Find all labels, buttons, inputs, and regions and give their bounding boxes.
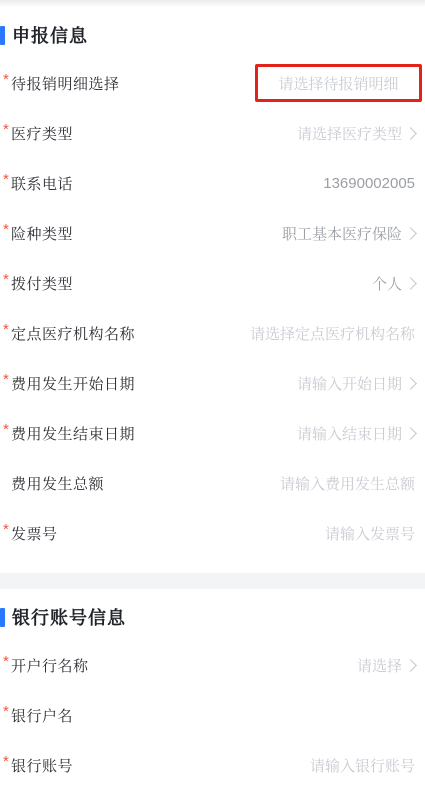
required-asterisk: *: [3, 422, 9, 437]
highlighted-select-box[interactable]: 请选择待报销明细: [255, 64, 422, 102]
form-row-bank-account-name[interactable]: * 银行户名: [0, 690, 425, 740]
placeholder-text: 请选择: [357, 655, 402, 676]
form-row-invoice-number[interactable]: * 发票号 请输入发票号: [0, 508, 425, 558]
field-label: 待报销明细选择: [11, 73, 120, 94]
field-value: 职工基本医疗保险: [282, 223, 415, 244]
required-asterisk: *: [3, 172, 9, 187]
field-label: 银行账号: [11, 755, 73, 776]
field-label: 费用发生结束日期: [11, 423, 135, 444]
form-row-bank-name[interactable]: * 开户行名称 请选择: [0, 640, 425, 690]
chevron-right-icon: [404, 227, 417, 240]
field-label: 费用发生开始日期: [11, 373, 135, 394]
top-header-shadow: [0, 0, 425, 7]
field-placeholder: 请输入银行账号: [310, 755, 415, 776]
field-label: 医疗类型: [11, 123, 73, 144]
field-label: 定点医疗机构名称: [11, 323, 135, 344]
placeholder-text: 请输入开始日期: [297, 373, 402, 394]
bank-account-info-card: 银行账号信息 * 开户行名称 请选择 * 银行户名 * 银行账号 请输入银行账号: [0, 589, 425, 790]
section-divider-band: [0, 573, 425, 589]
section-header-bank: 银行账号信息: [0, 589, 425, 640]
form-row-reimburse-detail[interactable]: * 待报销明细选择 请选择待报销明细: [0, 58, 425, 108]
section-title: 银行账号信息: [12, 604, 126, 630]
placeholder-text: 请选择医疗类型: [297, 123, 402, 144]
form-row-medical-type[interactable]: * 医疗类型 请选择医疗类型: [0, 108, 425, 158]
form-row-expense-total[interactable]: 费用发生总额 请输入费用发生总额: [0, 458, 425, 508]
field-placeholder: 请选择待报销明细: [278, 73, 398, 94]
section-accent-bar: [0, 26, 5, 45]
form-row-expense-start-date[interactable]: * 费用发生开始日期 请输入开始日期: [0, 358, 425, 408]
declaration-info-card: 申报信息 * 待报销明细选择 请选择待报销明细 * 医疗类型 请选择医疗类型 *…: [0, 7, 425, 573]
required-asterisk: *: [3, 372, 9, 387]
form-row-medical-institution[interactable]: * 定点医疗机构名称 请选择定点医疗机构名称: [0, 308, 425, 358]
value-text: 个人: [372, 273, 402, 294]
field-placeholder: 请选择定点医疗机构名称: [250, 323, 415, 344]
required-asterisk: *: [3, 754, 9, 769]
mobile-form-screen: 申报信息 * 待报销明细选择 请选择待报销明细 * 医疗类型 请选择医疗类型 *…: [0, 0, 425, 794]
field-label: 开户行名称: [11, 655, 89, 676]
field-value: 个人: [372, 273, 415, 294]
section-header-declaration: 申报信息: [0, 7, 425, 58]
field-placeholder: 请输入结束日期: [297, 423, 415, 444]
required-asterisk: *: [3, 654, 9, 669]
field-value: 13690002005: [323, 175, 415, 192]
chevron-right-icon: [404, 277, 417, 290]
field-placeholder: 请输入发票号: [325, 523, 415, 544]
form-row-expense-end-date[interactable]: * 费用发生结束日期 请输入结束日期: [0, 408, 425, 458]
required-asterisk: *: [3, 522, 9, 537]
section-accent-bar: [0, 608, 5, 627]
field-label: 联系电话: [11, 173, 73, 194]
card-bottom-padding: [0, 558, 425, 573]
required-asterisk: *: [3, 122, 9, 137]
required-asterisk: *: [3, 72, 9, 87]
field-placeholder: 请选择: [357, 655, 415, 676]
field-placeholder: 请输入开始日期: [297, 373, 415, 394]
chevron-right-icon: [404, 659, 417, 672]
section-title: 申报信息: [12, 22, 88, 48]
placeholder-text: 请输入结束日期: [297, 423, 402, 444]
value-text: 职工基本医疗保险: [282, 223, 402, 244]
chevron-right-icon: [404, 127, 417, 140]
required-asterisk: *: [3, 272, 9, 287]
chevron-right-icon: [404, 427, 417, 440]
field-label: 发票号: [11, 523, 58, 544]
field-label: 险种类型: [11, 223, 73, 244]
form-row-bank-account-number[interactable]: * 银行账号 请输入银行账号: [0, 740, 425, 790]
field-placeholder: 请输入费用发生总额: [280, 473, 415, 494]
field-label: 费用发生总额: [11, 473, 104, 494]
required-asterisk: *: [3, 704, 9, 719]
required-asterisk: *: [3, 222, 9, 237]
field-label: 银行户名: [11, 705, 73, 726]
form-row-contact-phone[interactable]: * 联系电话 13690002005: [0, 158, 425, 208]
required-asterisk: *: [3, 322, 9, 337]
chevron-right-icon: [404, 377, 417, 390]
field-placeholder: 请选择医疗类型: [297, 123, 415, 144]
form-row-payment-type[interactable]: * 拨付类型 个人: [0, 258, 425, 308]
form-row-insurance-type[interactable]: * 险种类型 职工基本医疗保险: [0, 208, 425, 258]
field-label: 拨付类型: [11, 273, 73, 294]
